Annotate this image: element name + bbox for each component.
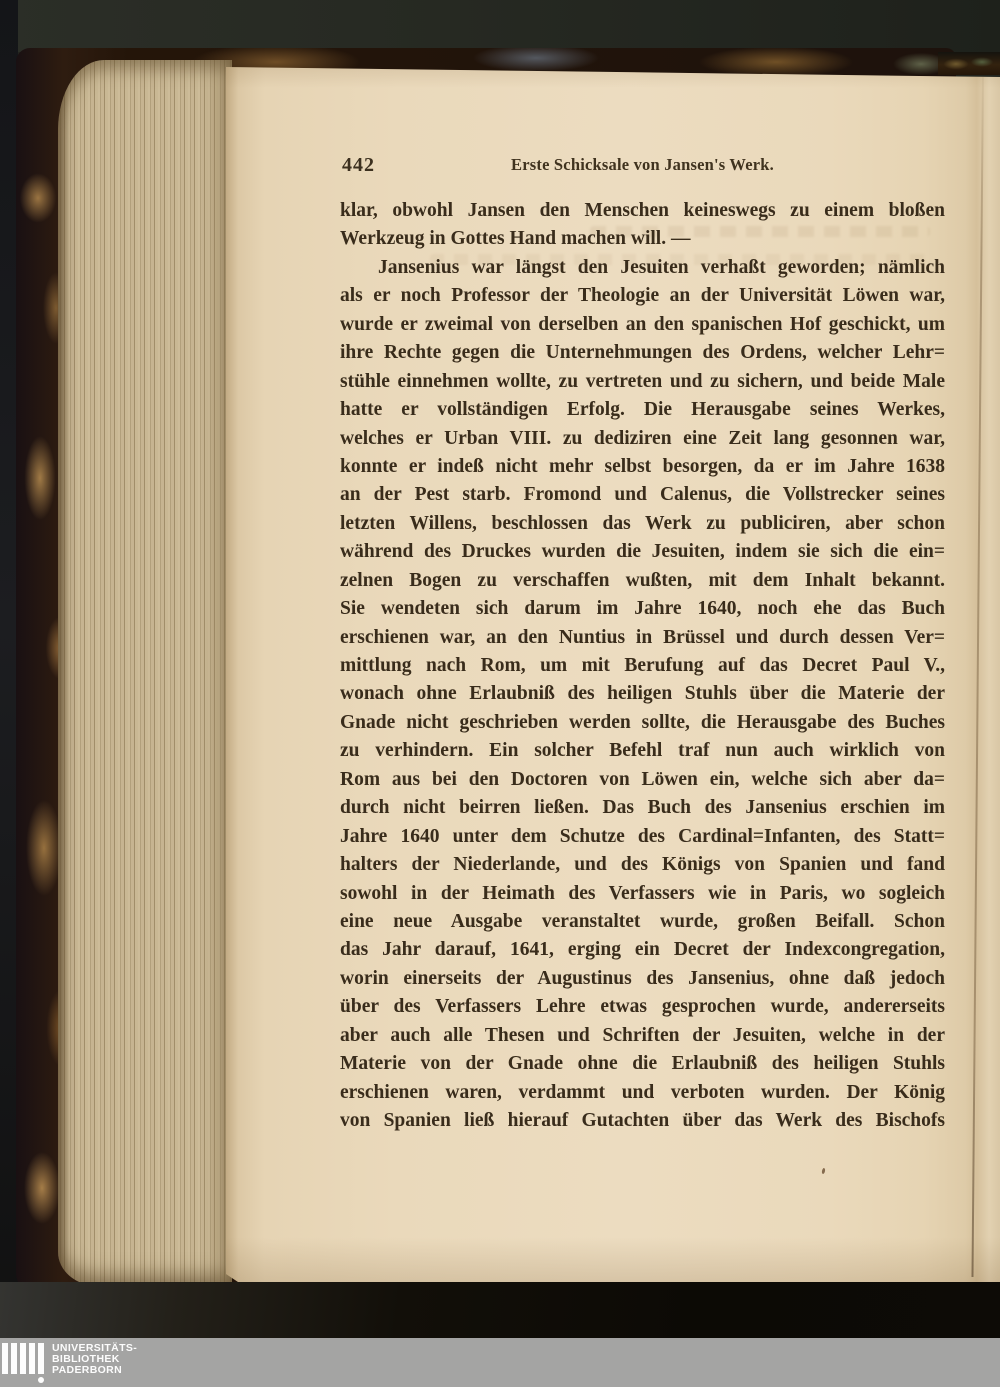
page-edges: [58, 60, 232, 1286]
library-bars-icon: [0, 1338, 50, 1387]
text-line: worin einerseits der Augustinus des Jans…: [340, 965, 945, 993]
text-line: welches er Urban VIII. zu dediziren eine…: [340, 425, 945, 453]
text-line: an der Pest starb. Fromond und Calenus, …: [340, 481, 945, 509]
text-line: von Spanien ließ hierauf Gutachten über …: [340, 1107, 945, 1135]
page-text: klar, obwohl Jansen den Menschen keinesw…: [340, 197, 945, 1135]
text-line: Jansenius war längst den Jesuiten verhaß…: [340, 254, 945, 282]
library-name: UNIVERSITÄTS- BIBLIOTHEK PADERBORN: [52, 1343, 137, 1375]
text-line: Werkzeug in Gottes Hand machen will. —: [340, 225, 945, 253]
text-line: durch nicht beirren ließen. Das Buch des…: [340, 794, 945, 822]
text-line: Materie von der Gnade ohne die Erlaubniß…: [340, 1050, 945, 1078]
logo-bar: [11, 1343, 17, 1374]
library-footer: UNIVERSITÄTS- BIBLIOTHEK PADERBORN: [0, 1338, 1000, 1387]
logo-bar: [38, 1343, 44, 1374]
text-line: konnte er indeß nicht mehr selbst besorg…: [340, 453, 945, 481]
logo-dot: [38, 1377, 44, 1383]
text-line: das Jahr darauf, 1641, erging ein Decret…: [340, 936, 945, 964]
text-line: eine neue Ausgabe veranstaltet wurde, gr…: [340, 908, 945, 936]
text-line: stühle einnehmen wollte, zu vertreten un…: [340, 368, 945, 396]
text-line: sowohl in der Heimath des Verfassers wie…: [340, 880, 945, 908]
book-cover-corner: [938, 52, 1000, 75]
text-line: Jahre 1640 unter dem Schutze des Cardina…: [340, 823, 945, 851]
backdrop-top: [0, 0, 1000, 52]
text-line: erschienen war, an den Nuntius in Brüsse…: [340, 624, 945, 652]
logo-bar: [2, 1343, 8, 1374]
text-line: hatte er vollständigen Erfolg. Die Herau…: [340, 396, 945, 424]
text-line: wurde er zweimal von derselben an den sp…: [340, 311, 945, 339]
text-line: zu verhindern. Ein solcher Befehl traf n…: [340, 737, 945, 765]
book-page: 442 Erste Schicksale von Jansen's Werk. …: [226, 62, 1000, 1286]
text-line: zelnen Bogen zu verschaffen wußten, mit …: [340, 567, 945, 595]
text-line: aber auch alle Thesen und Schriften der …: [340, 1022, 945, 1050]
text-line: letzten Willens, beschlossen das Werk zu…: [340, 510, 945, 538]
backdrop-bottom-shadow: [0, 1282, 1000, 1338]
text-line: Sie wendeten sich darum im Jahre 1640, n…: [340, 595, 945, 623]
page-crease: [971, 72, 984, 1277]
logo-bar: [20, 1343, 26, 1374]
running-header: Erste Schicksale von Jansen's Werk.: [340, 155, 945, 175]
text-line: Rom aus bei den Doctoren von Löwen ein, …: [340, 766, 945, 794]
book-scan-viewer: { "document": { "page_number": "442", "r…: [0, 0, 1000, 1387]
text-line: ihre Rechte gegen die Unternehmungen des…: [340, 339, 945, 367]
text-line: während des Druckes wurden die Jesuiten,…: [340, 538, 945, 566]
text-line: als er noch Professor der Theologie an d…: [340, 282, 945, 310]
text-line: mittlung nach Rom, um mit Berufung auf d…: [340, 652, 945, 680]
text-line: Gnade nicht geschrieben werden sollte, d…: [340, 709, 945, 737]
logo-bar: [29, 1343, 35, 1374]
text-line: wonach ohne Erlaubniß des heiligen Stuhl…: [340, 680, 945, 708]
text-line: erschienen waren, verdammt und verboten …: [340, 1079, 945, 1107]
library-name-line: PADERBORN: [52, 1365, 137, 1376]
text-line: über des Verfassers Lehre etwas gesproch…: [340, 993, 945, 1021]
text-line: klar, obwohl Jansen den Menschen keinesw…: [340, 197, 945, 225]
library-name-line: BIBLIOTHEK: [52, 1354, 137, 1365]
text-line: halters der Niederlande, und des Königs …: [340, 851, 945, 879]
